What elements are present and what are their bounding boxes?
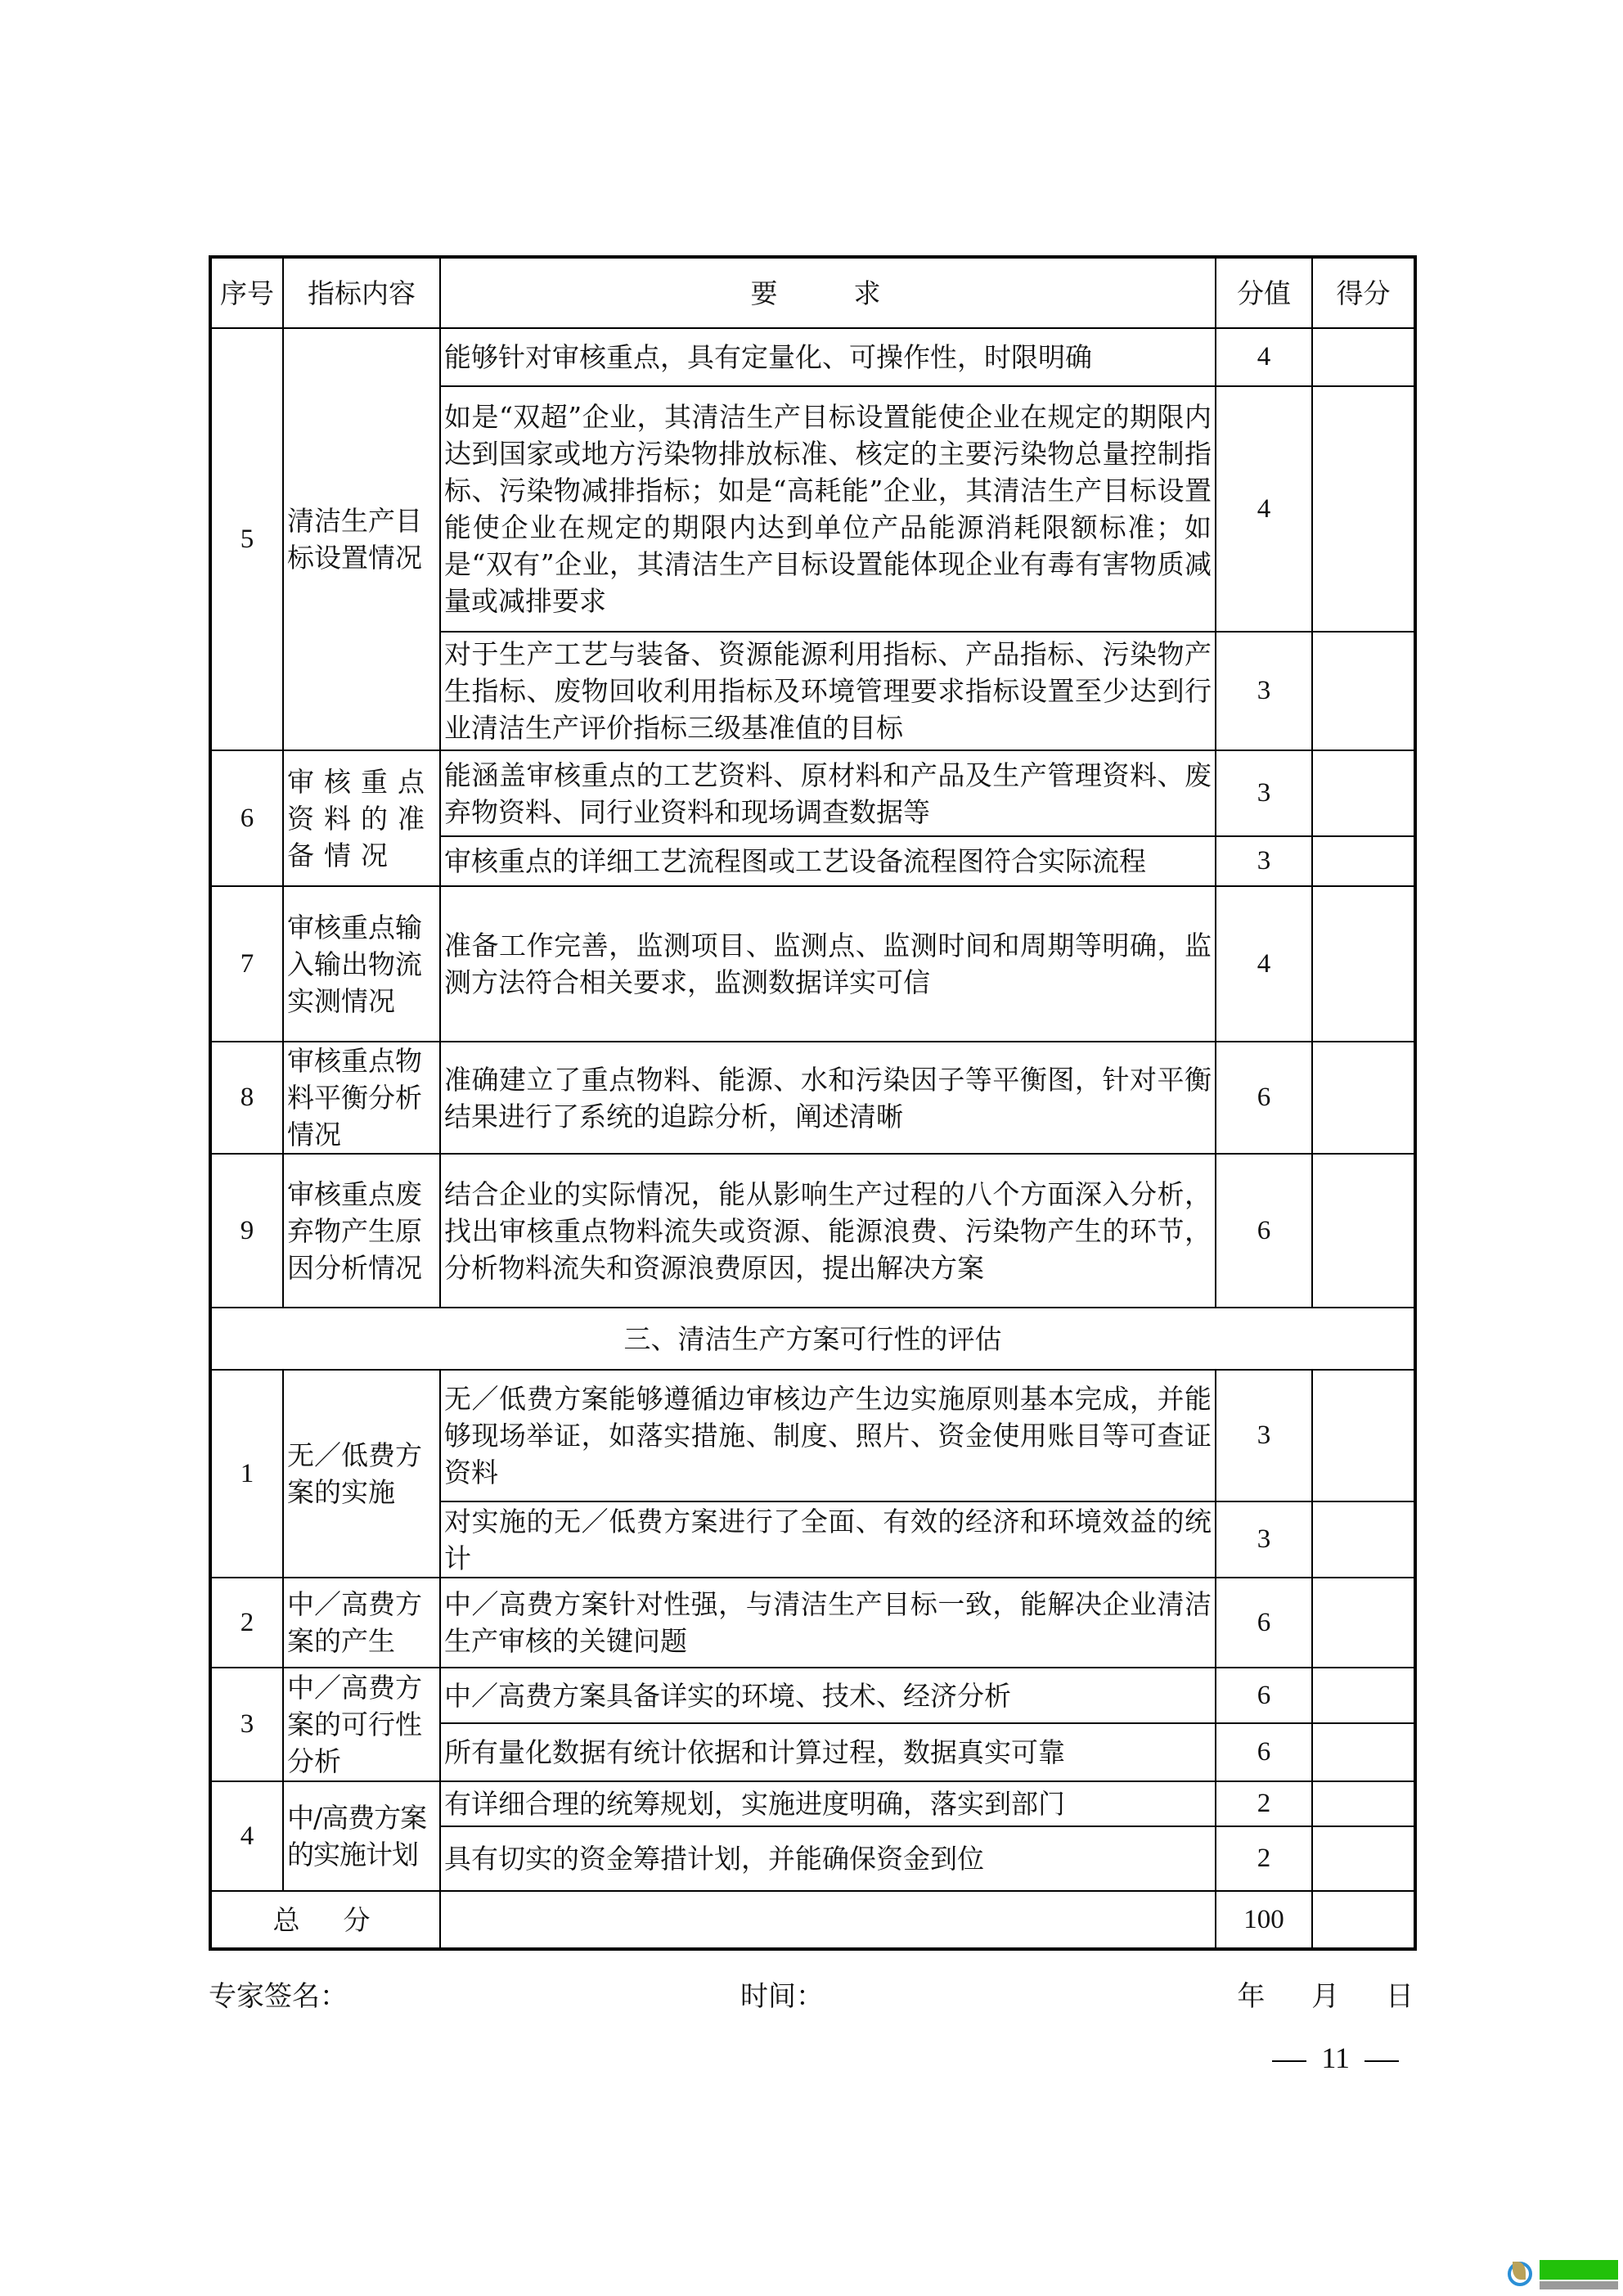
total-requirement-cell (440, 1891, 1216, 1949)
total-row: 总 分 100 (210, 1891, 1415, 1949)
month-label: 月 (1311, 1980, 1339, 2013)
value-cell: 3 (1216, 750, 1312, 836)
value-cell: 3 (1216, 836, 1312, 886)
header-indicator: 指标内容 (283, 257, 440, 328)
row-number: 8 (210, 1042, 283, 1154)
score-input-cell[interactable] (1312, 1781, 1415, 1826)
table-row: 7 审核重点输入输出物流实测情况 准备工作完善，监测项目、监测点、监测时间和周期… (210, 886, 1415, 1042)
indicator-cell: 审核重点资料的准备情况 (283, 750, 440, 886)
indicator-cell: 中／高费方案的产生 (283, 1578, 440, 1668)
table-row: 2 中／高费方案的产生 中／高费方案针对性强，与清洁生产目标一致，能解决企业清洁… (210, 1578, 1415, 1668)
requirement-cell: 中／高费方案针对性强，与清洁生产目标一致，能解决企业清洁生产审核的关键问题 (440, 1578, 1216, 1668)
requirement-cell: 审核重点的详细工艺流程图或工艺设备流程图符合实际流程 (440, 836, 1216, 886)
row-number: 9 (210, 1154, 283, 1308)
value-cell: 3 (1216, 1370, 1312, 1501)
value-cell: 4 (1216, 386, 1312, 632)
total-label: 总 分 (210, 1891, 440, 1949)
table-row: 6 审核重点资料的准备情况 能涵盖审核重点的工艺资料、原材料和产品及生产管理资料… (210, 750, 1415, 836)
table-row: 8 审核重点物料平衡分析情况 准确建立了重点物料、能源、水和污染因子等平衡图，针… (210, 1042, 1415, 1154)
requirement-cell: 准确建立了重点物料、能源、水和污染因子等平衡图，针对平衡结果进行了系统的追踪分析… (440, 1042, 1216, 1154)
total-value: 100 (1216, 1891, 1312, 1949)
value-cell: 6 (1216, 1042, 1312, 1154)
indicator-cell: 清洁生产目标设置情况 (283, 328, 440, 750)
year-label: 年 (1237, 1980, 1265, 2013)
row-number: 6 (210, 750, 283, 886)
table-row: 9 审核重点废弃物产生原因分析情况 结合企业的实际情况，能从影响生产过程的八个方… (210, 1154, 1415, 1308)
page-number-text: 11 (1321, 2042, 1350, 2074)
score-input-cell[interactable] (1312, 1370, 1415, 1501)
value-cell: 2 (1216, 1826, 1312, 1891)
value-cell: 4 (1216, 328, 1312, 386)
requirement-cell: 结合企业的实际情况，能从影响生产过程的八个方面深入分析，找出审核重点物料流失或资… (440, 1154, 1216, 1308)
watermark-logo (1508, 2260, 1618, 2291)
table-row: 1 无／低费方案的实施 无／低费方案能够遵循边审核边产生边实施原则基本完成，并能… (210, 1370, 1415, 1501)
indicator-cell: 中／高费方案的可行性分析 (283, 1668, 440, 1781)
value-cell: 3 (1216, 1501, 1312, 1578)
value-cell: 4 (1216, 886, 1312, 1042)
table-row: 5 清洁生产目标设置情况 能够针对审核重点，具有定量化、可操作性，时限明确 4 (210, 328, 1415, 386)
score-input-cell[interactable] (1312, 1668, 1415, 1723)
indicator-cell: 中/高费方案的实施计划 (283, 1781, 440, 1891)
dash-right (1364, 2060, 1399, 2062)
value-cell: 6 (1216, 1578, 1312, 1668)
signature-footer: 专家签名： 时间： 年 月 日 (209, 1974, 1414, 2015)
section-title: 三、清洁生产方案可行性的评估 (210, 1308, 1415, 1370)
value-cell: 3 (1216, 632, 1312, 750)
total-score-input-cell[interactable] (1312, 1891, 1415, 1949)
table-row: 3 中／高费方案的可行性分析 中／高费方案具备详实的环境、技术、经济分析 6 (210, 1668, 1415, 1723)
day-label: 日 (1386, 1980, 1414, 2013)
value-cell: 2 (1216, 1781, 1312, 1826)
requirement-cell: 中／高费方案具备详实的环境、技术、经济分析 (440, 1668, 1216, 1723)
row-number: 4 (210, 1781, 283, 1891)
table-row: 4 中/高费方案的实施计划 有详细合理的统筹规划，实施进度明确，落实到部门 2 (210, 1781, 1415, 1826)
indicator-cell: 审核重点输入输出物流实测情况 (283, 886, 440, 1042)
value-cell: 6 (1216, 1668, 1312, 1723)
header-requirement: 要 求 (440, 257, 1216, 328)
score-input-cell[interactable] (1312, 1501, 1415, 1578)
header-no: 序号 (210, 257, 283, 328)
requirement-cell: 所有量化数据有统计依据和计算过程，数据真实可靠 (440, 1723, 1216, 1781)
logo-subtitle-bar (1540, 2281, 1618, 2289)
document-page: 序号 指标内容 要 求 分值 得分 5 清洁生产目标设置情况 能够针对审核重点，… (0, 0, 1623, 2296)
value-cell: 6 (1216, 1723, 1312, 1781)
header-score: 得分 (1312, 257, 1415, 328)
score-input-cell[interactable] (1312, 328, 1415, 386)
requirement-cell: 无／低费方案能够遵循边审核边产生边实施原则基本完成，并能够现场举证，如落实措施、… (440, 1370, 1216, 1501)
row-number: 5 (210, 328, 283, 750)
score-input-cell[interactable] (1312, 1042, 1415, 1154)
requirement-cell: 对于生产工艺与装备、资源能源利用指标、产品指标、污染物产生指标、废物回收利用指标… (440, 632, 1216, 750)
value-cell: 6 (1216, 1154, 1312, 1308)
requirement-cell: 能够针对审核重点，具有定量化、可操作性，时限明确 (440, 328, 1216, 386)
logo-green-text-bar (1540, 2260, 1618, 2280)
indicator-cell: 审核重点废弃物产生原因分析情况 (283, 1154, 440, 1308)
score-input-cell[interactable] (1312, 886, 1415, 1042)
row-number: 1 (210, 1370, 283, 1578)
table-header-row: 序号 指标内容 要 求 分值 得分 (210, 257, 1415, 328)
requirement-cell: 有详细合理的统筹规划，实施进度明确，落实到部门 (440, 1781, 1216, 1826)
requirement-cell: 对实施的无／低费方案进行了全面、有效的经济和环境效益的统计 (440, 1501, 1216, 1578)
requirement-cell: 如是“双超”企业，其清洁生产目标设置能使企业在规定的期限内达到国家或地方污染物排… (440, 386, 1216, 632)
score-input-cell[interactable] (1312, 1578, 1415, 1668)
date-fields: 年 月 日 (1199, 1974, 1414, 2014)
requirement-cell: 具有切实的资金筹措计划，并能确保资金到位 (440, 1826, 1216, 1891)
row-number: 7 (210, 886, 283, 1042)
requirement-cell: 能涵盖审核重点的工艺资料、原材料和产品及生产管理资料、废弃物资料、同行业资料和现… (440, 750, 1216, 836)
evaluation-score-table: 序号 指标内容 要 求 分值 得分 5 清洁生产目标设置情况 能够针对审核重点，… (209, 255, 1417, 1951)
score-input-cell[interactable] (1312, 1723, 1415, 1781)
indicator-cell: 无／低费方案的实施 (283, 1370, 440, 1578)
time-label: 时间： (740, 1974, 824, 2014)
score-input-cell[interactable] (1312, 1826, 1415, 1891)
score-input-cell[interactable] (1312, 836, 1415, 886)
requirement-cell: 准备工作完善，监测项目、监测点、监测时间和周期等明确，监测方法符合相关要求，监测… (440, 886, 1216, 1042)
dash-left (1272, 2060, 1306, 2062)
score-input-cell[interactable] (1312, 1154, 1415, 1308)
row-number: 2 (210, 1578, 283, 1668)
expert-signature-label: 专家签名： (209, 1974, 348, 2014)
score-input-cell[interactable] (1312, 750, 1415, 836)
score-input-cell[interactable] (1312, 632, 1415, 750)
header-value: 分值 (1216, 257, 1312, 328)
row-number: 3 (210, 1668, 283, 1781)
page-number: 11 (1257, 2041, 1414, 2075)
section-header-row: 三、清洁生产方案可行性的评估 (210, 1308, 1415, 1370)
indicator-cell: 审核重点物料平衡分析情况 (283, 1042, 440, 1154)
score-input-cell[interactable] (1312, 386, 1415, 632)
